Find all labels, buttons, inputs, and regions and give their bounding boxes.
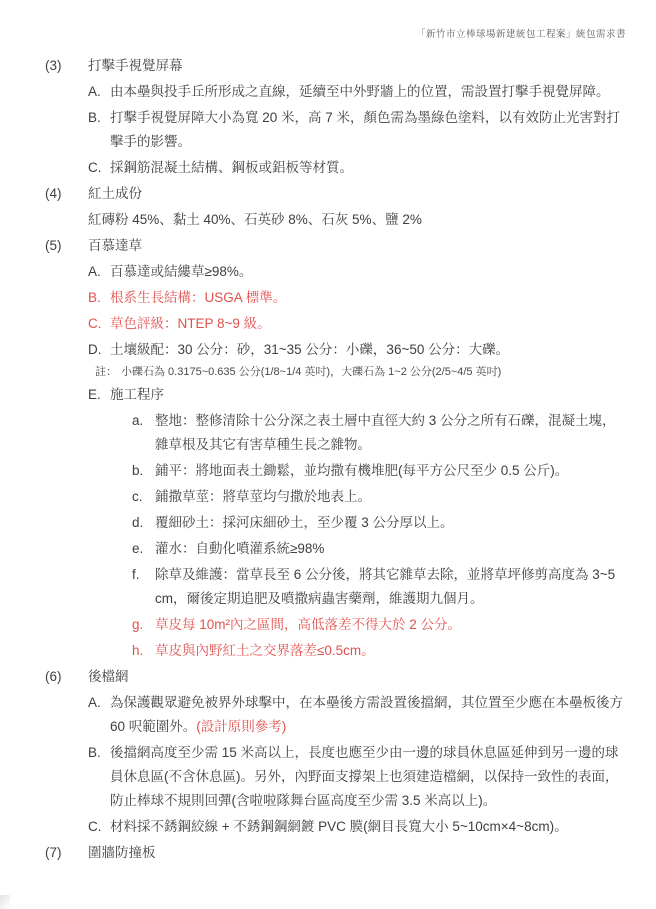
item-text: 小礫石為 0.3175~0.635 公分(1/8~1/4 英吋)，大礫石為 1~… xyxy=(121,363,626,381)
item-marker: g. xyxy=(132,613,155,637)
item-text: 鋪平：將地面表土鋤鬆，並均撒有機堆肥(每平方公尺至少 0.5 公斤)。 xyxy=(155,459,626,483)
item-text: 草皮與內野紅土之交界落差≤0.5cm。 xyxy=(155,639,626,663)
item-marker: (4) xyxy=(45,182,88,206)
item-text: 灌水：自動化噴灌系統≥98% xyxy=(155,537,626,561)
item-marker: f. xyxy=(132,563,155,587)
item-text: 整地：整修清除十公分深之表土層中直徑大約 3 公分之所有石礫，混凝土塊，雜草根及… xyxy=(155,409,626,457)
item-text: 百慕達或結縷草≥98%。 xyxy=(110,260,626,284)
item-marker: h. xyxy=(132,639,155,663)
item-text: 後檔網 xyxy=(88,665,626,689)
item-text-red-ref: (設計原則參考) xyxy=(196,719,286,734)
item-text: 百慕達草 xyxy=(88,234,626,258)
item-text: 草皮每 10m²內之區間，高低落差不得大於 2 公分。 xyxy=(155,613,626,637)
item-text: 為保護觀眾避免被界外球擊中，在本壘後方需設置後擋網，其位置至少應在本壘板後方 6… xyxy=(110,691,626,739)
item-marker: A. xyxy=(88,691,110,715)
item-text: 採鋼筋混凝土結構、鋼板或鋁板等材質。 xyxy=(110,156,626,180)
item-marker: C. xyxy=(88,156,110,180)
item-5E-a: a. 整地：整修清除十公分深之表土層中直徑大約 3 公分之所有石礫，混凝土塊，雜… xyxy=(132,409,626,457)
item-text: 後擋網高度至少需 15 米高以上，長度也應至少由一邊的球員休息區延伸到另一邊的球… xyxy=(110,741,626,813)
item-marker: c. xyxy=(132,485,155,509)
item-text: 根系生長結構：USGA 標準。 xyxy=(110,286,626,310)
item-text: 打擊手視覺屏幕 xyxy=(88,54,626,78)
item-marker: C. xyxy=(88,815,110,839)
item-5E-h-red: h. 草皮與內野紅土之交界落差≤0.5cm。 xyxy=(132,639,626,663)
item-6B: B. 後擋網高度至少需 15 米高以上，長度也應至少由一邊的球員休息區延伸到另一… xyxy=(88,741,626,813)
item-5E: E. 施工程序 xyxy=(88,383,626,407)
section-5-heading: (5) 百慕達草 xyxy=(45,234,626,258)
document-page: 「新竹市立棒球場新建統包工程案」統包需求書 (3) 打擊手視覺屏幕 A. 由本壘… xyxy=(0,0,656,909)
item-marker: 註： xyxy=(95,363,121,381)
item-text: 覆細砂土：採河床細砂土，至少覆 3 公分厚以上。 xyxy=(155,511,626,535)
item-5E-f: f. 除草及維護：當草長至 6 公分後，將其它雜草去除，並將草坪修剪高度為 3~… xyxy=(132,563,626,611)
section-7-heading: (7) 圍牆防撞板 xyxy=(45,841,626,865)
item-5D: D. 土壤級配：30 公分：砂，31~35 公分：小礫，36~50 公分：大礫。 xyxy=(88,338,626,362)
item-4-composition: 紅磚粉 45%、黏土 40%、石英砂 8%、石灰 5%、鹽 2% xyxy=(88,208,626,232)
item-marker: A. xyxy=(88,260,110,284)
item-3A: A. 由本壘與投手丘所形成之直線，延續至中外野牆上的位置，需設置打擊手視覺屏障。 xyxy=(88,80,626,104)
item-6A: A. 為保護觀眾避免被界外球擊中，在本壘後方需設置後擋網，其位置至少應在本壘板後… xyxy=(88,691,626,739)
section-6-heading: (6) 後檔網 xyxy=(45,665,626,689)
item-text: 鋪撒草莖：將草莖均勻撒於地表上。 xyxy=(155,485,626,509)
item-5E-g-red: g. 草皮每 10m²內之區間，高低落差不得大於 2 公分。 xyxy=(132,613,626,637)
item-5B-red: B. 根系生長結構：USGA 標準。 xyxy=(88,286,626,310)
item-marker: B. xyxy=(88,741,110,765)
item-marker: (5) xyxy=(45,234,88,258)
item-5E-b: b. 鋪平：將地面表土鋤鬆，並均撒有機堆肥(每平方公尺至少 0.5 公斤)。 xyxy=(132,459,626,483)
item-marker: A. xyxy=(88,80,110,104)
item-text-main: 為保護觀眾避免被界外球擊中，在本壘後方需設置後擋網，其位置至少應在本壘板後方 6… xyxy=(110,695,623,734)
item-marker: e. xyxy=(132,537,155,561)
item-text: 紅磚粉 45%、黏土 40%、石英砂 8%、石灰 5%、鹽 2% xyxy=(88,208,626,232)
item-text: 圍牆防撞板 xyxy=(88,841,626,865)
item-marker: C. xyxy=(88,312,110,336)
item-text: 紅土成份 xyxy=(88,182,626,206)
item-marker: a. xyxy=(132,409,155,433)
scan-artifact xyxy=(0,895,10,909)
item-text: 土壤級配：30 公分：砂，31~35 公分：小礫，36~50 公分：大礫。 xyxy=(110,338,626,362)
item-5E-c: c. 鋪撒草莖：將草莖均勻撒於地表上。 xyxy=(132,485,626,509)
item-3B: B. 打擊手視覺屏障大小為寬 20 米，高 7 米，顏色需為墨綠色塗料，以有效防… xyxy=(88,106,626,154)
item-text: 材料採不銹鋼絞線 + 不銹鋼鋼網鍍 PVC 膜(網目長寬大小 5~10cm×4~… xyxy=(110,815,626,839)
section-3-heading: (3) 打擊手視覺屏幕 xyxy=(45,54,626,78)
item-marker: (7) xyxy=(45,841,88,865)
item-5C-red: C. 草色評級：NTEP 8~9 級。 xyxy=(88,312,626,336)
item-text: 草色評級：NTEP 8~9 級。 xyxy=(110,312,626,336)
item-text: 打擊手視覺屏障大小為寬 20 米，高 7 米，顏色需為墨綠色塗料，以有效防止光害… xyxy=(110,106,626,154)
item-5E-d: d. 覆細砂土：採河床細砂土，至少覆 3 公分厚以上。 xyxy=(132,511,626,535)
item-6C: C. 材料採不銹鋼絞線 + 不銹鋼鋼網鍍 PVC 膜(網目長寬大小 5~10cm… xyxy=(88,815,626,839)
item-marker: (3) xyxy=(45,54,88,78)
item-marker: (6) xyxy=(45,665,88,689)
item-marker: b. xyxy=(132,459,155,483)
item-text: 施工程序 xyxy=(110,383,626,407)
item-marker: D. xyxy=(88,338,110,362)
item-marker: B. xyxy=(88,106,110,130)
item-text: 由本壘與投手丘所形成之直線，延續至中外野牆上的位置，需設置打擊手視覺屏障。 xyxy=(110,80,626,104)
section-4-heading: (4) 紅土成份 xyxy=(45,182,626,206)
item-5A: A. 百慕達或結縷草≥98%。 xyxy=(88,260,626,284)
item-marker: B. xyxy=(88,286,110,310)
item-marker: E. xyxy=(88,383,110,407)
item-5D-note: 註： 小礫石為 0.3175~0.635 公分(1/8~1/4 英吋)，大礫石為… xyxy=(95,363,626,381)
item-3C: C. 採鋼筋混凝土結構、鋼板或鋁板等材質。 xyxy=(88,156,626,180)
item-text: 除草及維護：當草長至 6 公分後，將其它雜草去除，並將草坪修剪高度為 3~5 c… xyxy=(155,563,626,611)
item-marker: d. xyxy=(132,511,155,535)
item-5E-e: e. 灌水：自動化噴灌系統≥98% xyxy=(132,537,626,561)
doc-header-title: 「新竹市立棒球場新建統包工程案」統包需求書 xyxy=(45,26,626,40)
